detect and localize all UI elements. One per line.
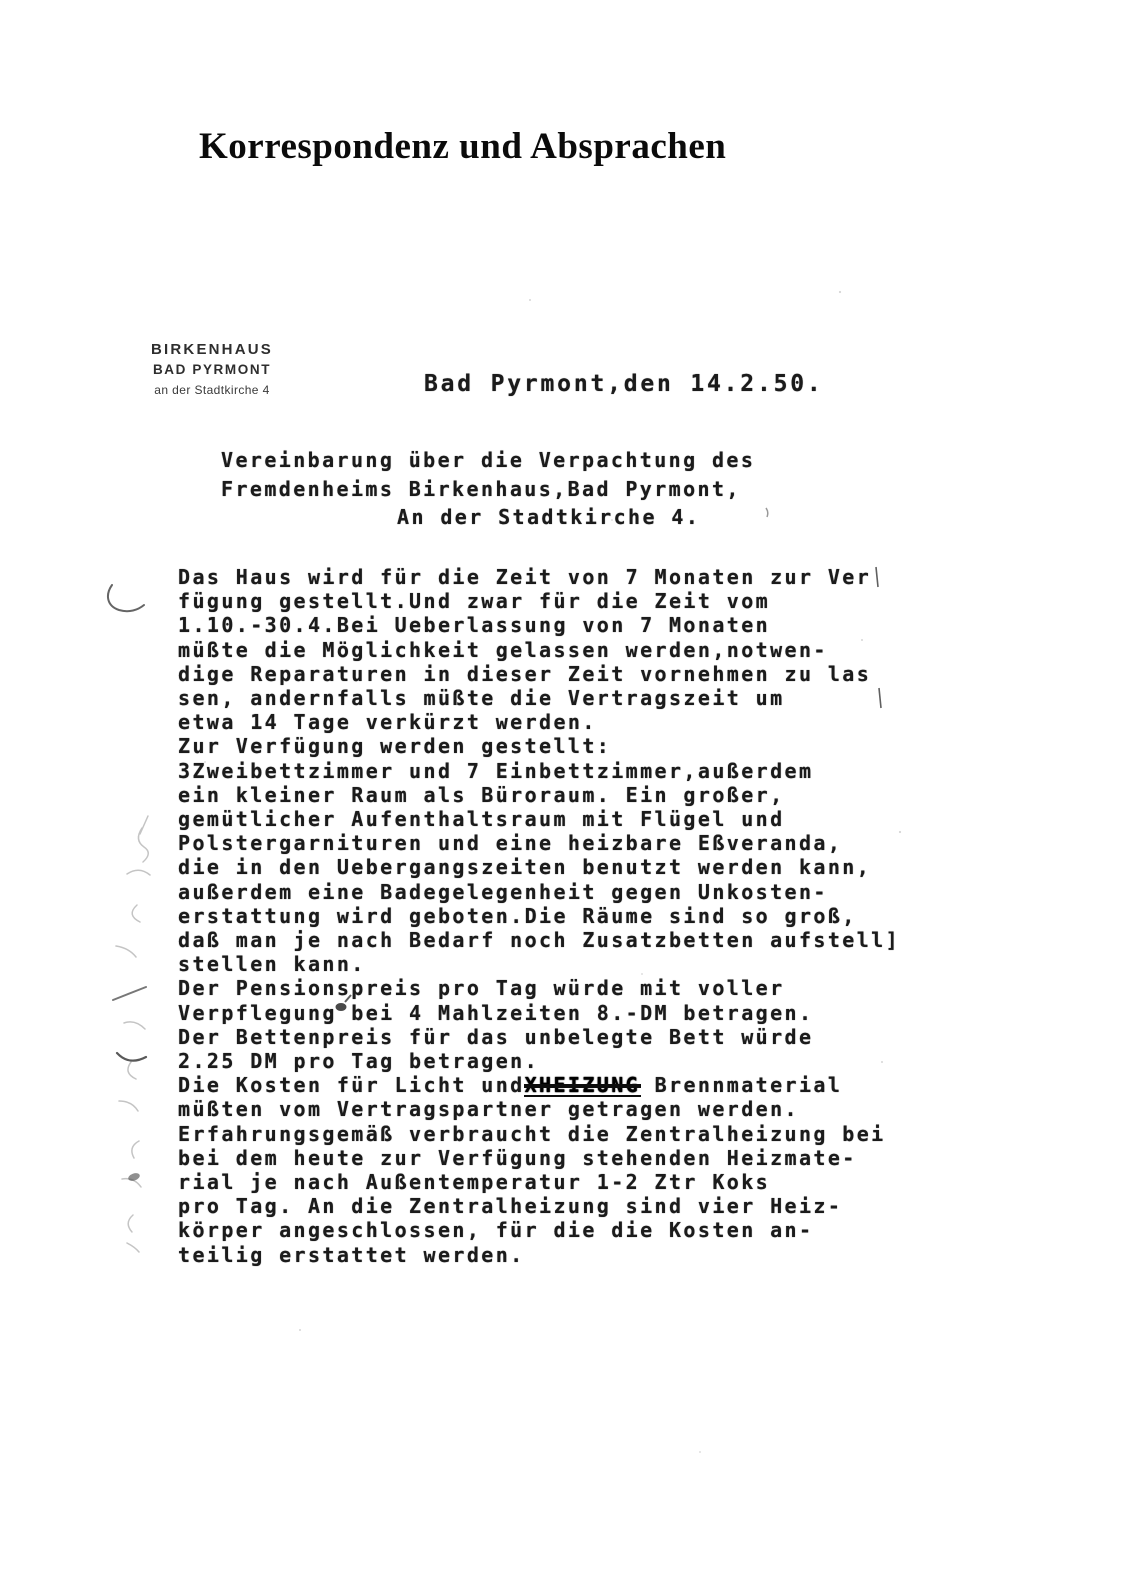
body-line: müßte die Möglichkeit gelassen werden,no… [178,638,900,662]
dateline: Bad Pyrmont,den 14.2.50. [424,371,824,397]
body-line: Zur Verfügung werden gestellt: [178,734,900,758]
body-line: 2.25 DM pro Tag betragen. [178,1049,900,1073]
body-line: Erfahrungsgemäß verbraucht die Zentralhe… [178,1122,900,1146]
body-line: fügung gestellt.Und zwar für die Zeit vo… [178,589,900,613]
body-line: Der Pensionspreis pro Tag würde mit voll… [178,976,900,1000]
body-line: gemütlicher Aufenthaltsraum mit Flügel u… [178,807,900,831]
body-line: Der Bettenpreis für das unbelegte Bett w… [178,1025,900,1049]
body-line: Polstergarnituren und eine heizbare Eßve… [178,831,900,855]
body-line: etwa 14 Tage verkürzt werden. [178,710,900,734]
body-line: Verpflegung bei 4 Mahlzeiten 8.-DM betra… [178,1001,900,1025]
body-line: Das Haus wird für die Zeit von 7 Monaten… [178,565,900,589]
subject-line-3: An der Stadtkirche 4. [221,503,755,532]
body-line: stellen kann. [178,952,900,976]
subject-block: Vereinbarung über die Verpachtung des Fr… [221,446,755,532]
body-line: sen, andernfalls müßte die Vertragszeit … [178,686,900,710]
letterhead-name: BIRKENHAUS [136,340,288,360]
subject-line-2: Fremdenheims Birkenhaus,Bad Pyrmont, [221,475,755,504]
letterhead-street: an der Stadtkirche 4 [136,380,288,400]
body-text: Die Kosten für Licht und [178,1073,525,1097]
document-page: Korrespondenz und Absprachen BIRKENHAUS … [0,0,1122,1592]
body-line: 1.10.-30.4.Bei Ueberlassung von 7 Monate… [178,613,900,637]
body-line: müßten vom Vertragspartner getragen werd… [178,1097,900,1121]
body-line: die in den Uebergangszeiten benutzt werd… [178,855,900,879]
overstruck-text: XHEIZUNG [525,1073,641,1097]
body-line: ein kleiner Raum als Büroraum. Ein große… [178,783,900,807]
body-line: daß man je nach Bedarf noch Zusatzbetten… [178,928,900,952]
body-line: rial je nach Außentemperatur 1-2 Ztr Kok… [178,1170,900,1194]
body-line: körper angeschlossen, für die die Kosten… [178,1218,900,1242]
letterhead: BIRKENHAUS BAD PYRMONT an der Stadtkirch… [136,340,288,400]
body-line: 3Zweibettzimmer und 7 Einbettzimmer,auße… [178,759,900,783]
body-line: außerdem eine Badegelegenheit gegen Unko… [178,880,900,904]
body-line: Die Kosten für Licht undXHEIZUNG Brennma… [178,1073,900,1097]
body-text: Brennmaterial [640,1073,842,1097]
body-line: erstattung wird geboten.Die Räume sind s… [178,904,900,928]
letterhead-city: BAD PYRMONT [136,360,288,380]
page-title: Korrespondenz und Absprachen [199,126,726,169]
body-line: pro Tag. An die Zentralheizung sind vier… [178,1194,900,1218]
subject-line-1: Vereinbarung über die Verpachtung des [221,446,755,475]
body-line: bei dem heute zur Verfügung stehenden He… [178,1146,900,1170]
body-line: dige Reparaturen in dieser Zeit vornehme… [178,662,900,686]
letter-body: Das Haus wird für die Zeit von 7 Monaten… [178,565,900,1267]
body-line: teilig erstattet werden. [178,1243,900,1267]
